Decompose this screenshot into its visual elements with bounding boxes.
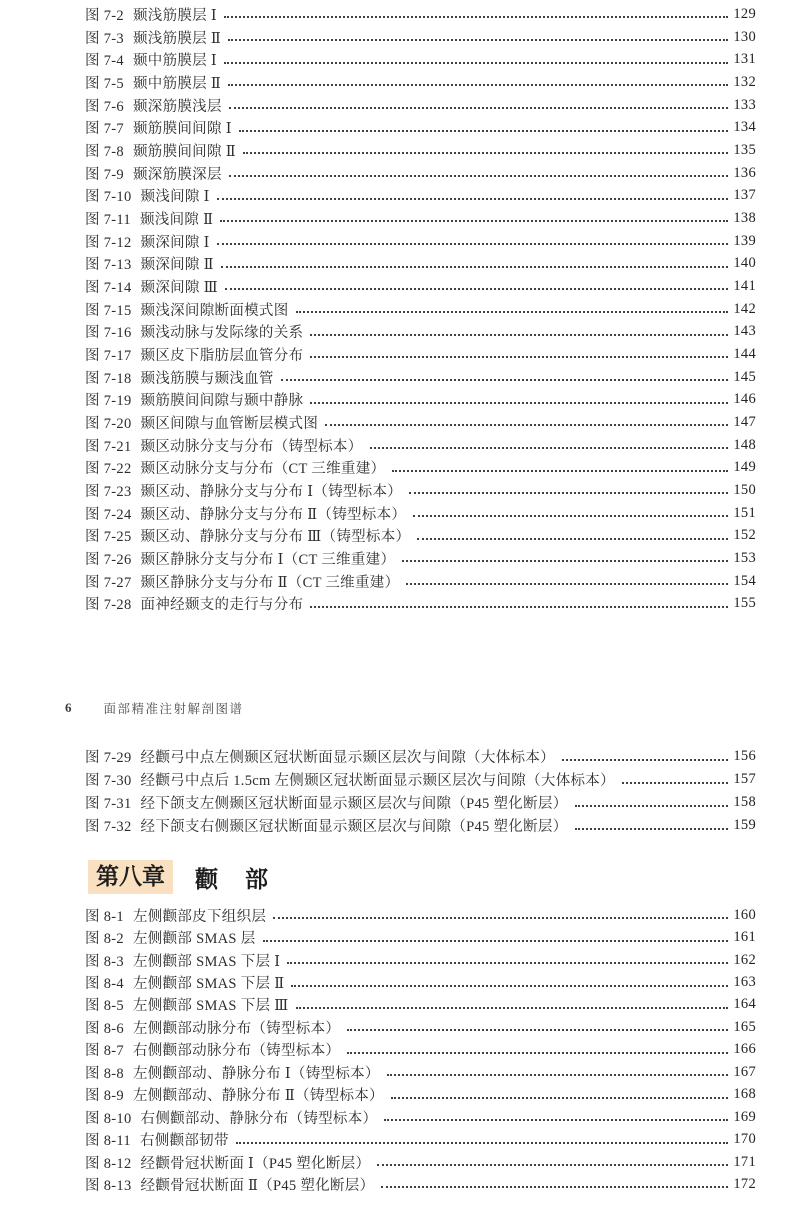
toc-entry: 图 8-12经颧骨冠状断面 Ⅰ（P45 塑化断层）171 [85,1151,756,1173]
page-number: 136 [730,165,756,182]
figure-title: 左侧颧部 SMAS 下层 Ⅰ [133,950,280,971]
toc-list-chapter8: 图 8-1左侧颧部皮下组织层160图 8-2左侧颧部 SMAS 层161图 8-… [85,904,756,1196]
figure-title: 颞中筋膜层 Ⅱ [133,72,221,93]
figure-label: 图 7-7 [85,117,124,138]
page-number: 160 [730,907,756,924]
figure-title: 经颧骨冠状断面 Ⅱ（P45 塑化断层） [141,1174,375,1195]
dot-leader [296,999,728,1009]
dot-leader [273,909,728,919]
toc-entry: 图 7-27颞区静脉分支与分布 Ⅱ（CT 三维重建）154 [85,570,756,593]
page-number: 171 [730,1154,756,1171]
page-number: 170 [730,1131,756,1148]
figure-title: 右侧颧部动、静脉分布（铸型标本） [141,1107,378,1128]
figure-title: 颞区皮下脂肪层血管分布 [141,344,304,365]
dot-leader [236,1134,728,1144]
toc-entry: 图 8-5左侧颧部 SMAS 下层 Ⅲ164 [85,994,756,1016]
figure-title: 颞浅筋膜层 Ⅱ [133,27,221,48]
figure-title: 左侧颧部动、静脉分布 Ⅰ（铸型标本） [133,1062,380,1083]
page-number: 130 [730,29,756,46]
toc-entry: 图 7-12颞深间隙 Ⅰ139 [85,230,756,253]
figure-title: 颞浅筋膜层 Ⅰ [133,4,217,25]
figure-title: 左侧颧部动、静脉分布 Ⅱ（铸型标本） [133,1084,384,1105]
figure-title: 颞区间隙与血管断层模式图 [141,412,319,433]
dot-leader [225,280,728,290]
toc-entry: 图 7-2颞浅筋膜层 Ⅰ129 [85,3,756,26]
figure-label: 图 8-3 [85,950,124,971]
page-number: 150 [730,482,756,499]
toc-entry: 图 7-8颞筋膜间间隙 Ⅱ135 [85,139,756,162]
page-number: 132 [730,74,756,91]
figure-title: 经颧弓中点后 1.5cm 左侧颞区冠状断面显示颞区层次与间隙（大体标本） [141,769,615,790]
page-number: 144 [730,346,756,363]
figure-title: 颞区动、静脉分支与分布 Ⅱ（铸型标本） [141,503,407,524]
figure-label: 图 7-11 [85,208,131,229]
dot-leader [281,371,728,381]
toc-entry: 图 7-22颞区动脉分支与分布（CT 三维重建）149 [85,456,756,479]
page-number: 161 [730,929,756,946]
toc-entry: 图 8-11右侧颧部韧带170 [85,1128,756,1150]
chapter-number-badge: 第八章 [88,860,173,894]
figure-label: 图 8-5 [85,994,124,1015]
dot-leader [392,462,728,472]
figure-title: 右侧颧部动脉分布（铸型标本） [133,1039,340,1060]
toc-entry: 图 7-21颞区动脉分支与分布（铸型标本）148 [85,434,756,457]
figure-label: 图 8-11 [85,1129,131,1150]
page-number: 166 [730,1041,756,1058]
figure-title: 颞浅动脉与发际缘的关系 [141,321,304,342]
figure-title: 经下颌支左侧颞区冠状断面显示颞区层次与间隙（P45 塑化断层） [141,792,568,813]
page-number: 162 [730,952,756,969]
dot-leader [229,167,728,177]
toc-entry: 图 7-17颞区皮下脂肪层血管分布144 [85,343,756,366]
page-number: 163 [730,974,756,991]
figure-title: 颞区静脉分支与分布 Ⅱ（CT 三维重建） [141,571,400,592]
dot-leader [291,977,728,987]
toc-entry: 图 8-10右侧颧部动、静脉分布（铸型标本）169 [85,1106,756,1128]
dot-leader [325,416,728,426]
figure-title: 颞区动脉分支与分布（铸型标本） [141,435,363,456]
page-number: 145 [730,369,756,386]
figure-title: 颞深间隙 Ⅰ [141,231,210,252]
page-number: 169 [730,1109,756,1126]
figure-title: 颞区动、静脉分支与分布 Ⅲ（铸型标本） [141,525,411,546]
dot-leader [377,1156,728,1166]
dot-leader [310,394,728,404]
page-number: 155 [730,595,756,612]
toc-entry: 图 7-6颞深筋膜浅层133 [85,94,756,117]
figure-label: 图 7-30 [85,769,132,790]
dot-leader [221,258,728,268]
dot-leader [217,235,728,245]
figure-label: 图 7-9 [85,163,124,184]
page-number: 154 [730,573,756,590]
figure-title: 颞深间隙 Ⅱ [141,253,214,274]
page-number: 143 [730,323,756,340]
figure-label: 图 7-31 [85,792,132,813]
dot-leader [391,1089,728,1099]
page-number: 138 [730,210,756,227]
toc-entry: 图 8-2左侧颧部 SMAS 层161 [85,926,756,948]
dot-leader [622,774,728,784]
page-number: 134 [730,119,756,136]
figure-label: 图 7-6 [85,95,124,116]
toc-entry: 图 8-7右侧颧部动脉分布（铸型标本）166 [85,1039,756,1061]
page-number: 133 [730,97,756,114]
toc-entry: 图 8-4左侧颧部 SMAS 下层 Ⅱ163 [85,971,756,993]
figure-label: 图 7-32 [85,815,132,836]
book-title: 面部精准注射解剖图谱 [104,699,244,717]
page-number: 137 [730,187,756,204]
dot-leader [370,439,728,449]
page-number: 167 [730,1064,756,1081]
dot-leader [387,1066,728,1076]
figure-label: 图 8-12 [85,1152,132,1173]
dot-leader [402,552,728,562]
figure-label: 图 7-26 [85,548,132,569]
page-number: 140 [730,255,756,272]
dot-leader [228,76,728,86]
dot-leader [562,751,728,761]
dot-leader [310,348,728,358]
toc-entry: 图 8-6左侧颧部动脉分布（铸型标本）165 [85,1016,756,1038]
toc-entry: 图 8-8左侧颧部动、静脉分布 Ⅰ（铸型标本）167 [85,1061,756,1083]
figure-title: 颞筋膜间间隙 Ⅱ [133,140,236,161]
figure-label: 图 7-10 [85,185,132,206]
figure-title: 颞浅深间隙断面模式图 [141,299,289,320]
figure-label: 图 7-3 [85,27,124,48]
figure-label: 图 8-2 [85,927,124,948]
page-number: 152 [730,527,756,544]
toc-entry: 图 7-20颞区间隙与血管断层模式图147 [85,411,756,434]
page-number: 129 [730,6,756,23]
dot-leader [263,932,728,942]
toc-entry: 图 7-26颞区静脉分支与分布 Ⅰ（CT 三维重建）153 [85,547,756,570]
figure-title: 颞深筋膜浅层 [133,95,222,116]
figure-title: 颞筋膜间间隙与颞中静脉 [141,389,304,410]
toc-entry: 图 8-3左侧颧部 SMAS 下层 Ⅰ162 [85,949,756,971]
dot-leader [406,575,728,585]
dot-leader [224,8,728,18]
folio-page-number: 6 [65,700,72,716]
dot-leader [409,484,728,494]
toc-entry: 图 7-31经下颌支左侧颞区冠状断面显示颞区层次与间隙（P45 塑化断层）158 [85,791,756,814]
toc-entry: 图 7-4颞中筋膜层 Ⅰ131 [85,48,756,71]
figure-label: 图 7-13 [85,253,132,274]
dot-leader [243,144,728,154]
dot-leader [417,530,728,540]
page-number: 157 [730,771,756,788]
toc-entry: 图 7-28面神经颞支的走行与分布155 [85,592,756,615]
dot-leader [384,1111,728,1121]
figure-label: 图 7-28 [85,593,132,614]
figure-title: 右侧颧部韧带 [140,1129,229,1150]
toc-entry: 图 7-24颞区动、静脉分支与分布 Ⅱ（铸型标本）151 [85,502,756,525]
dot-leader [224,54,728,64]
dot-leader [239,122,728,132]
toc-entry: 图 8-9左侧颧部动、静脉分布 Ⅱ（铸型标本）168 [85,1084,756,1106]
toc-entry: 图 7-16颞浅动脉与发际缘的关系143 [85,320,756,343]
dot-leader [413,507,728,517]
toc-entry: 图 8-13经颧骨冠状断面 Ⅱ（P45 塑化断层）172 [85,1173,756,1195]
page-number: 159 [730,817,756,834]
page-number: 149 [730,459,756,476]
toc-entry: 图 7-3颞浅筋膜层 Ⅱ130 [85,26,756,49]
toc-entry: 图 7-19颞筋膜间间隙与颞中静脉146 [85,388,756,411]
figure-label: 图 8-6 [85,1017,124,1038]
toc-entry: 图 7-14颞深间隙 Ⅲ141 [85,275,756,298]
figure-label: 图 7-23 [85,480,132,501]
dot-leader [287,954,728,964]
toc-entry: 图 7-25颞区动、静脉分支与分布 Ⅲ（铸型标本）152 [85,524,756,547]
figure-title: 经下颌支右侧颞区冠状断面显示颞区层次与间隙（P45 塑化断层） [141,815,568,836]
page-number: 142 [730,301,756,318]
book-toc-page: 图 7-2颞浅筋膜层 Ⅰ129图 7-3颞浅筋膜层 Ⅱ130图 7-4颞中筋膜层… [0,0,790,1222]
dot-leader [575,797,728,807]
dot-leader [575,820,728,830]
figure-title: 面神经颞支的走行与分布 [141,593,304,614]
toc-list-chapter7-part2: 图 7-29经颧弓中点左侧颞区冠状断面显示颞区层次与间隙（大体标本）156图 7… [85,745,756,837]
chapter-title: 颧 部 [195,861,270,894]
page-number: 151 [730,505,756,522]
figure-title: 颞浅间隙 Ⅰ [141,185,210,206]
figure-title: 左侧颧部 SMAS 下层 Ⅲ [133,994,289,1015]
dot-leader [228,31,728,41]
dot-leader [310,598,728,608]
figure-title: 颞浅筋膜与颞浅血管 [141,367,274,388]
page-number: 135 [730,142,756,159]
figure-title: 左侧颧部 SMAS 下层 Ⅱ [133,972,284,993]
figure-title: 颞深筋膜深层 [133,163,222,184]
dot-leader [229,99,728,109]
figure-title: 左侧颧部动脉分布（铸型标本） [133,1017,340,1038]
page-number: 156 [730,748,756,765]
figure-title: 颞中筋膜层 Ⅰ [133,49,217,70]
figure-label: 图 7-2 [85,4,124,25]
toc-entry: 图 7-32经下颌支右侧颞区冠状断面显示颞区层次与间隙（P45 塑化断层）159 [85,814,756,837]
page-number: 158 [730,794,756,811]
figure-label: 图 7-5 [85,72,124,93]
page-number: 139 [730,233,756,250]
page-number: 147 [730,414,756,431]
figure-label: 图 8-9 [85,1084,124,1105]
figure-label: 图 7-21 [85,435,132,456]
dot-leader [220,212,728,222]
figure-label: 图 7-8 [85,140,124,161]
running-page-header: 6 面部精准注射解剖图谱 [65,699,756,717]
toc-entry: 图 7-23颞区动、静脉分支与分布 Ⅰ（铸型标本）150 [85,479,756,502]
dot-leader [347,1044,728,1054]
figure-label: 图 7-12 [85,231,132,252]
dot-leader [381,1178,728,1188]
dot-leader [217,190,728,200]
toc-entry: 图 7-29经颧弓中点左侧颞区冠状断面显示颞区层次与间隙（大体标本）156 [85,745,756,768]
figure-label: 图 7-29 [85,746,132,767]
figure-label: 图 7-19 [85,389,132,410]
figure-label: 图 7-14 [85,276,132,297]
figure-title: 颞浅间隙 Ⅱ [140,208,213,229]
page-number: 172 [730,1176,756,1193]
toc-entry: 图 7-18颞浅筋膜与颞浅血管145 [85,366,756,389]
toc-entry: 图 7-7颞筋膜间间隙 Ⅰ134 [85,116,756,139]
dot-leader [347,1021,728,1031]
page-number: 146 [730,391,756,408]
figure-label: 图 8-4 [85,972,124,993]
figure-title: 颞区静脉分支与分布 Ⅰ（CT 三维重建） [141,548,396,569]
toc-list-chapter7-part1: 图 7-2颞浅筋膜层 Ⅰ129图 7-3颞浅筋膜层 Ⅱ130图 7-4颞中筋膜层… [85,3,756,615]
chapter-heading: 第八章 颧 部 [88,860,270,894]
figure-title: 左侧颧部 SMAS 层 [133,927,256,948]
figure-label: 图 7-22 [85,457,132,478]
figure-title: 颞区动、静脉分支与分布 Ⅰ（铸型标本） [141,480,403,501]
page-number: 165 [730,1019,756,1036]
figure-label: 图 8-8 [85,1062,124,1083]
page-number: 168 [730,1086,756,1103]
page-number: 141 [730,278,756,295]
figure-title: 颞深间隙 Ⅲ [141,276,218,297]
toc-entry: 图 7-10颞浅间隙 Ⅰ137 [85,184,756,207]
toc-entry: 图 7-30经颧弓中点后 1.5cm 左侧颞区冠状断面显示颞区层次与间隙（大体标… [85,768,756,791]
figure-title: 颞区动脉分支与分布（CT 三维重建） [141,457,386,478]
dot-leader [296,303,728,313]
figure-label: 图 8-10 [85,1107,132,1128]
page-number: 164 [730,996,756,1013]
figure-label: 图 7-20 [85,412,132,433]
figure-title: 左侧颧部皮下组织层 [133,905,266,926]
toc-entry: 图 8-1左侧颧部皮下组织层160 [85,904,756,926]
figure-label: 图 8-13 [85,1174,132,1195]
toc-entry: 图 7-15颞浅深间隙断面模式图142 [85,298,756,321]
figure-label: 图 7-17 [85,344,132,365]
dot-leader [310,326,728,336]
page-number: 153 [730,550,756,567]
page-number: 131 [730,51,756,68]
page-number: 148 [730,437,756,454]
toc-entry: 图 7-9颞深筋膜深层136 [85,162,756,185]
toc-entry: 图 7-11颞浅间隙 Ⅱ138 [85,207,756,230]
figure-label: 图 7-25 [85,525,132,546]
figure-title: 经颧弓中点左侧颞区冠状断面显示颞区层次与间隙（大体标本） [141,746,555,767]
figure-label: 图 7-24 [85,503,132,524]
figure-label: 图 7-18 [85,367,132,388]
figure-label: 图 7-15 [85,299,132,320]
figure-label: 图 7-16 [85,321,132,342]
toc-entry: 图 7-13颞深间隙 Ⅱ140 [85,252,756,275]
toc-entry: 图 7-5颞中筋膜层 Ⅱ132 [85,71,756,94]
figure-title: 颞筋膜间间隙 Ⅰ [133,117,232,138]
figure-label: 图 7-4 [85,49,124,70]
figure-label: 图 7-27 [85,571,132,592]
figure-label: 图 8-1 [85,905,124,926]
figure-title: 经颧骨冠状断面 Ⅰ（P45 塑化断层） [141,1152,371,1173]
figure-label: 图 8-7 [85,1039,124,1060]
